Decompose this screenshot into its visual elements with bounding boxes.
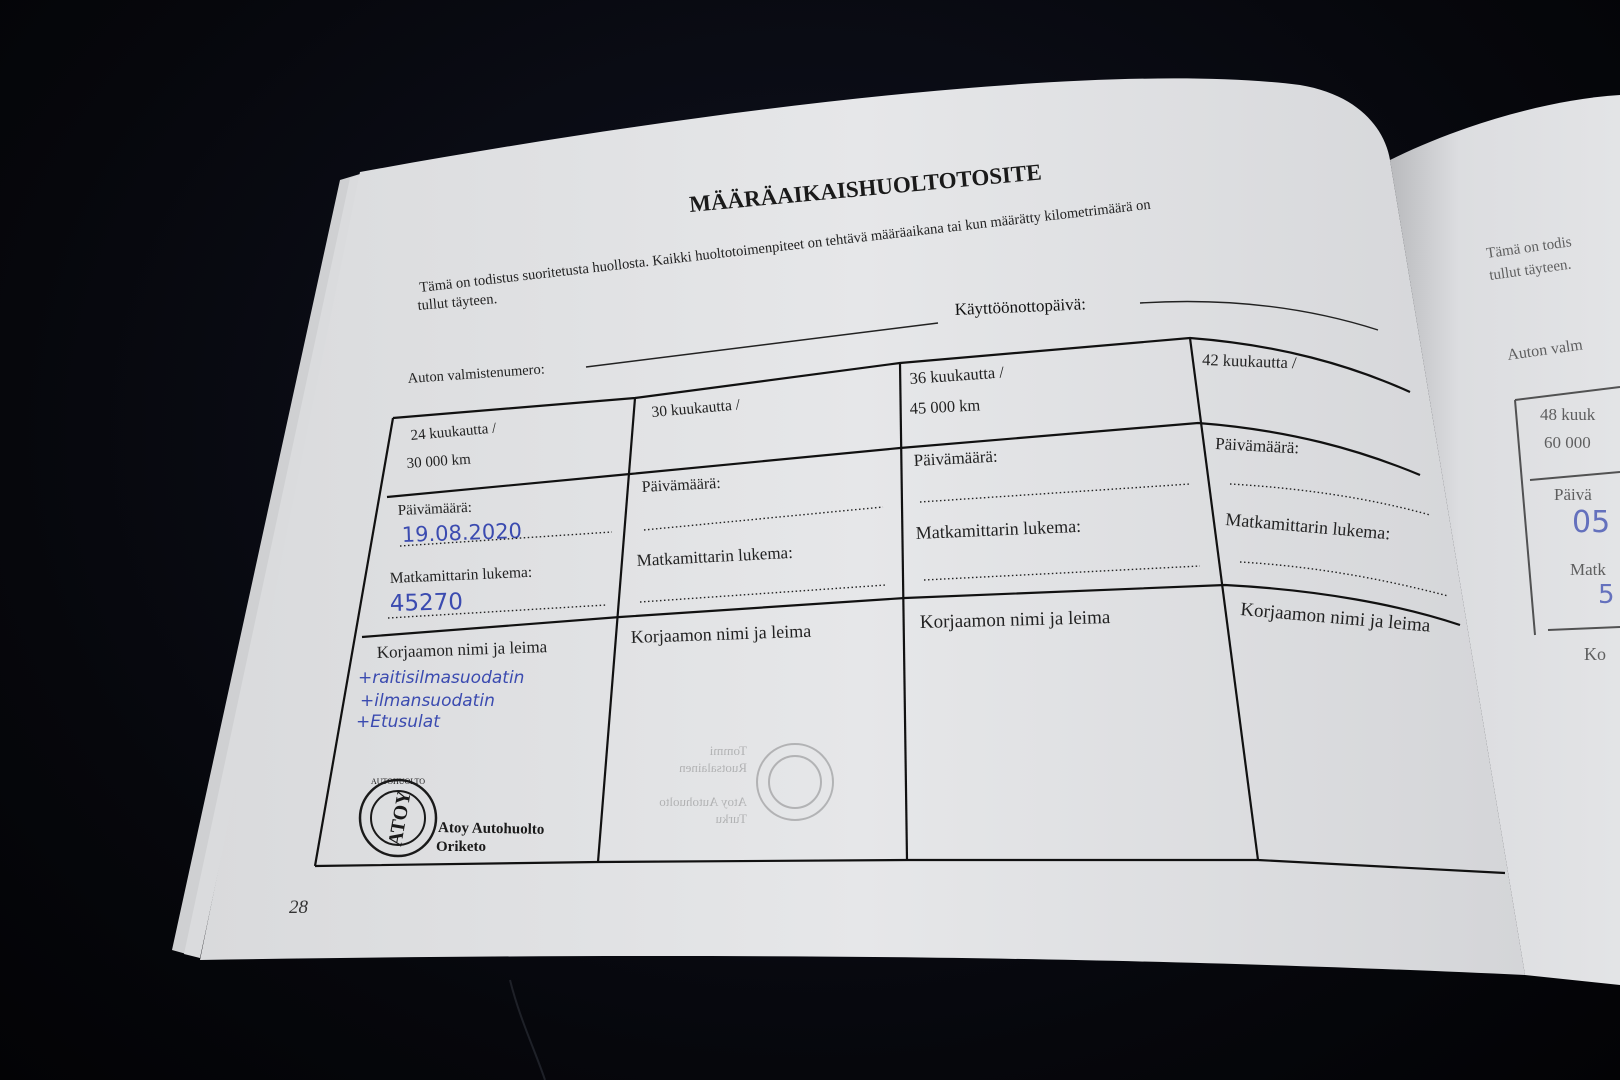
next-interval: 48 kuuk <box>1540 405 1596 424</box>
page-number: 28 <box>289 897 309 918</box>
service-booklet-photo: MÄÄRÄAIKAISHUOLTOTOSITE Tämä on todistus… <box>0 0 1620 1080</box>
odometer-value-handwritten: 45270 <box>389 589 463 617</box>
svg-text:Atoy Autohuolto: Atoy Autohuolto <box>659 794 747 809</box>
interval-km: 45 000 km <box>909 395 981 418</box>
fabric-crease <box>510 980 545 1080</box>
next-workshop-label: Ko <box>1584 644 1606 664</box>
stamp-name: Atoy Autohuolto <box>438 820 545 838</box>
date-value-handwritten: 19.08.2020 <box>401 519 522 547</box>
note-line-2: +ilmansuodatin <box>360 691 495 711</box>
date-label: Päivämäärä: <box>397 500 472 519</box>
next-date-label: Päivä <box>1554 485 1592 504</box>
svg-text:Ruotsalainen: Ruotsalainen <box>679 760 747 775</box>
photo-scene: MÄÄRÄAIKAISHUOLTOTOSITE Tämä on todistus… <box>0 0 1620 1080</box>
svg-text:Turku: Turku <box>715 811 747 826</box>
next-odometer-value: 5 <box>1598 580 1615 610</box>
stamp-location: Oriketo <box>436 839 486 855</box>
note-line-1: +raitisilmasuodatin <box>358 668 524 688</box>
next-odometer-label: Matk <box>1570 560 1606 579</box>
svg-text:Tommi: Tommi <box>709 743 747 758</box>
next-interval-km: 60 000 <box>1544 433 1591 452</box>
next-date-value: 05 <box>1572 505 1610 540</box>
stamp-ring-text: AUTOHUOLTO <box>371 777 425 786</box>
note-line-3: +Etusulat <box>356 712 441 732</box>
interval-label: 42 kuukautta / <box>1202 350 1297 372</box>
